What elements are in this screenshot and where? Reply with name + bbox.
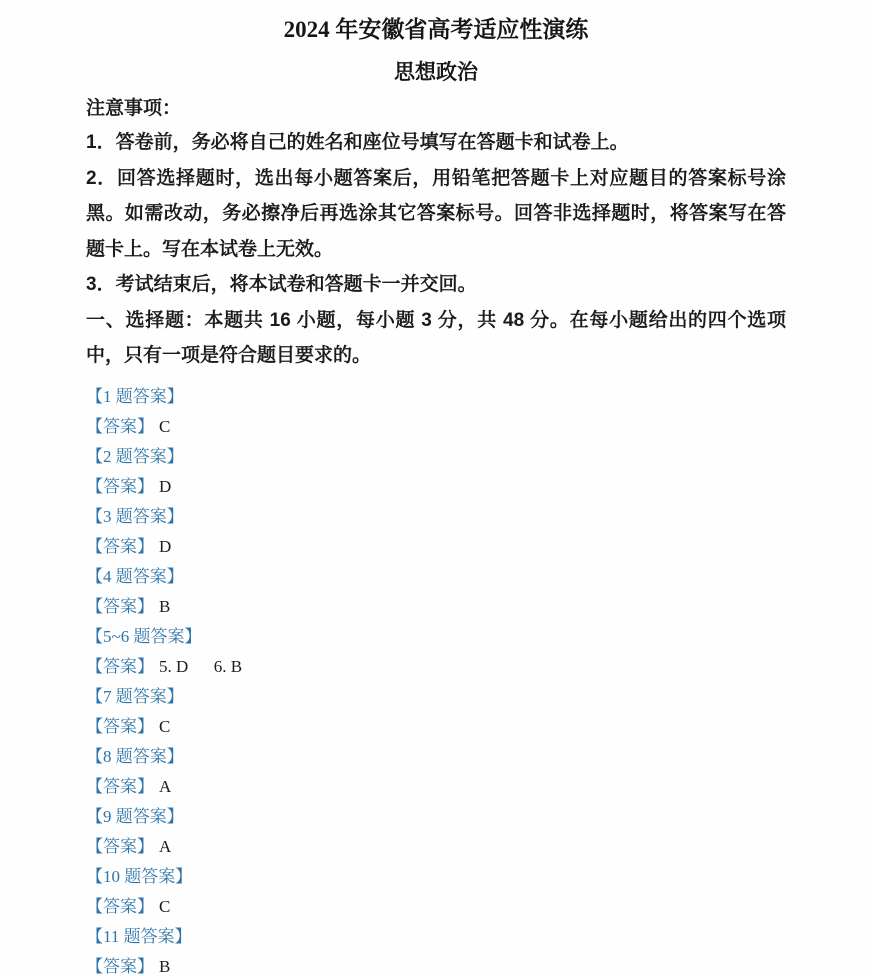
answer-line: 【答案】5. D 6. B [86, 652, 786, 682]
answer-value: C [159, 417, 170, 436]
question-answer-heading: 【3 题答案】 [86, 502, 786, 532]
answer-label: 【答案】 [86, 417, 154, 436]
question-label: 【9 题答案】 [86, 807, 184, 826]
question-label: 【4 题答案】 [86, 567, 184, 586]
notice-item-2: 2．回答选择题时，选出每小题答案后，用铅笔把答题卡上对应题目的答案标号涂黑。如需… [86, 161, 786, 268]
question-answer-heading: 【2 题答案】 [86, 442, 786, 472]
question-label: 【11 题答案】 [86, 927, 192, 946]
question-label: 【1 题答案】 [86, 387, 184, 406]
answer-line: 【答案】A [86, 832, 786, 862]
answer-label: 【答案】 [86, 837, 154, 856]
answer-label: 【答案】 [86, 957, 154, 976]
answer-line: 【答案】C [86, 892, 786, 922]
document-title: 2024 年安徽省高考适应性演练 [86, 14, 786, 46]
question-label: 【5~6 题答案】 [86, 627, 201, 646]
notice-item-3: 3．考试结束后，将本试卷和答题卡一并交回。 [86, 267, 786, 303]
answer-label: 【答案】 [86, 657, 154, 676]
question-answer-heading: 【11 题答案】 [86, 922, 786, 952]
section-heading-multiple-choice: 一、选择题：本题共 16 小题，每小题 3 分，共 48 分。在每小题给出的四个… [86, 303, 786, 374]
answer-list: 【1 题答案】 【答案】C 【2 题答案】 【答案】D 【3 题答案】 【答案】… [86, 382, 786, 976]
answer-line: 【答案】C [86, 712, 786, 742]
question-label: 【7 题答案】 [86, 687, 184, 706]
notice-item-1: 1．答卷前，务必将自己的姓名和座位号填写在答题卡和试卷上。 [86, 125, 786, 161]
answer-line: 【答案】B [86, 952, 786, 976]
answer-label: 【答案】 [86, 597, 154, 616]
question-label: 【3 题答案】 [86, 507, 184, 526]
answer-label: 【答案】 [86, 717, 154, 736]
notice-heading: 注意事项： [86, 93, 786, 125]
answer-line: 【答案】C [86, 412, 786, 442]
answer-value: D [159, 477, 171, 496]
question-answer-heading: 【1 题答案】 [86, 382, 786, 412]
answer-value: 5. D 6. B [159, 657, 242, 676]
question-answer-heading: 【10 题答案】 [86, 862, 786, 892]
exam-document-page: 2024 年安徽省高考适应性演练 思想政治 注意事项： 1．答卷前，务必将自己的… [0, 0, 872, 976]
answer-line: 【答案】D [86, 532, 786, 562]
answer-line: 【答案】B [86, 592, 786, 622]
answer-line: 【答案】D [86, 472, 786, 502]
answer-label: 【答案】 [86, 897, 154, 916]
answer-value: A [159, 777, 171, 796]
document-subtitle: 思想政治 [86, 57, 786, 87]
answer-value: A [159, 837, 171, 856]
answer-label: 【答案】 [86, 477, 154, 496]
answer-value: D [159, 537, 171, 556]
answer-value: B [159, 597, 170, 616]
question-answer-heading: 【4 题答案】 [86, 562, 786, 592]
answer-value: C [159, 717, 170, 736]
question-answer-heading: 【8 题答案】 [86, 742, 786, 772]
answer-label: 【答案】 [86, 537, 154, 556]
question-label: 【2 题答案】 [86, 447, 184, 466]
answer-value: B [159, 957, 170, 976]
question-label: 【8 题答案】 [86, 747, 184, 766]
answer-line: 【答案】A [86, 772, 786, 802]
question-answer-heading: 【5~6 题答案】 [86, 622, 786, 652]
question-answer-heading: 【7 题答案】 [86, 682, 786, 712]
answer-value: C [159, 897, 170, 916]
question-label: 【10 题答案】 [86, 867, 192, 886]
answer-label: 【答案】 [86, 777, 154, 796]
question-answer-heading: 【9 题答案】 [86, 802, 786, 832]
